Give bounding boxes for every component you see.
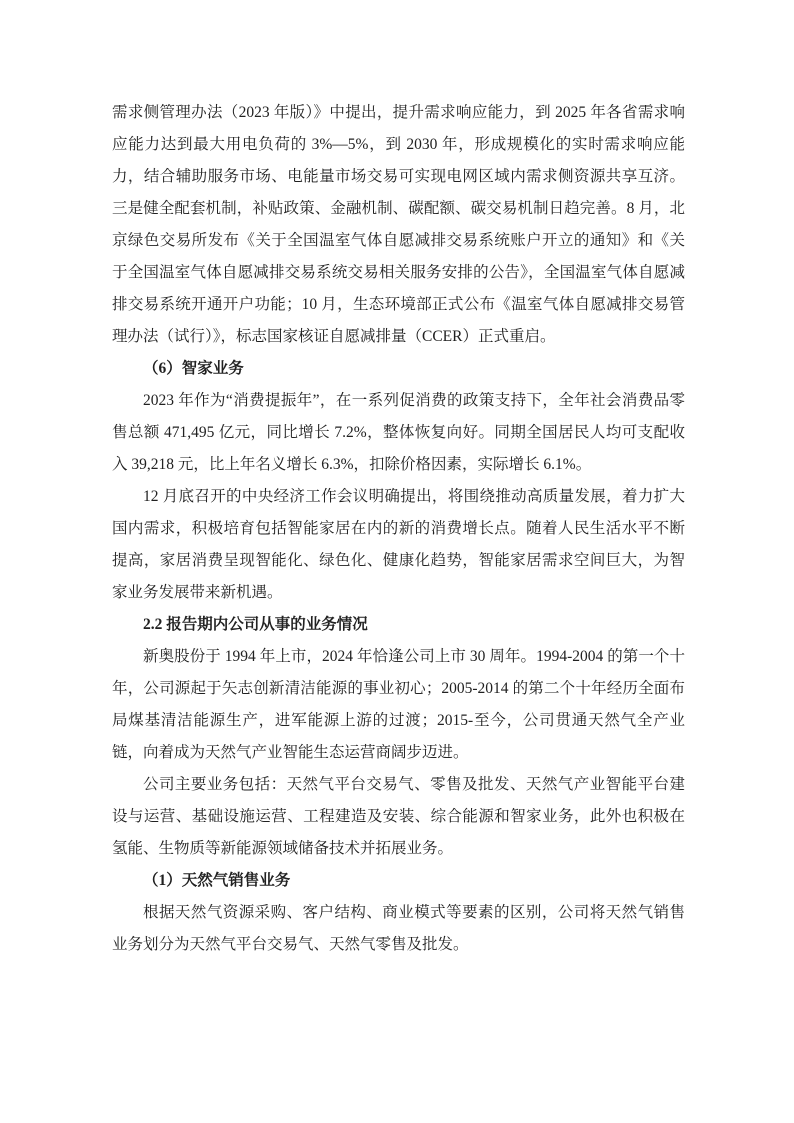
document-page: 需求侧管理办法（2023 年版）》中提出，提升需求响应能力，到 2025 年各省… [0,0,794,1123]
page-content: 需求侧管理办法（2023 年版）》中提出，提升需求响应能力，到 2025 年各省… [112,97,685,961]
paragraph-demand-response-policy: 需求侧管理办法（2023 年版）》中提出，提升需求响应能力，到 2025 年各省… [112,97,685,353]
paragraph-main-businesses: 公司主要业务包括：天然气平台交易气、零售及批发、天然气产业智能平台建设与运营、基… [112,769,685,865]
paragraph-gas-sales-classification: 根据天然气资源采购、客户结构、商业模式等要素的区别，公司将天然气销售业务划分为天… [112,897,685,961]
heading-company-business-overview: 2.2 报告期内公司从事的业务情况 [112,609,685,641]
heading-smart-home-business: （6）智家业务 [112,353,685,385]
heading-gas-sales-business: （1）天然气销售业务 [112,865,685,897]
paragraph-central-economic-conference: 12 月底召开的中央经济工作会议明确提出，将围绕推动高质量发展，着力扩大国内需求… [112,481,685,609]
paragraph-consumption-recovery-2023: 2023 年作为“消费提振年”，在一系列促消费的政策支持下，全年社会消费品零售总… [112,385,685,481]
paragraph-company-history: 新奥股份于 1994 年上市，2024 年恰逢公司上市 30 周年。1994-2… [112,641,685,769]
